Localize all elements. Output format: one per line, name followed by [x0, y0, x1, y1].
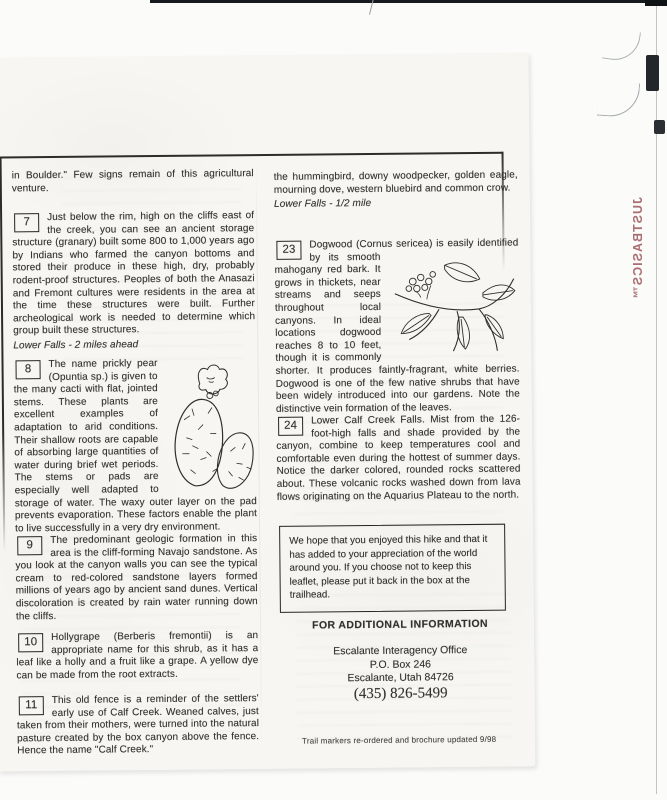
right-column: the hummingbird, downy woodpecker, golde… [274, 163, 518, 165]
contact-city-state-zip: Escalante, Utah 84726 [279, 671, 523, 687]
stop-text: The predominant geologic formation in th… [15, 533, 257, 622]
trail-stop-8: 8 The name prickly pear (Opuntia sp.) is… [13, 357, 257, 536]
stop-distance-note: Lower Falls - 2 miles ahead [13, 337, 255, 352]
bird-list-paragraph: the hummingbird, downy woodpecker, golde… [274, 170, 518, 212]
binding-curl-mark [602, 28, 641, 64]
additional-info-heading: FOR ADDITIONAL INFORMATION [278, 618, 522, 632]
stop-text: Lower Calf Creek Falls. Mist from the 12… [276, 414, 520, 503]
prickly-pear-cactus-illustration [163, 359, 256, 492]
intro-paragraph: in Boulder." Few signs remain of this ag… [12, 168, 254, 196]
binding-curl-mark [597, 81, 640, 119]
stop-number-box: 11 [19, 696, 44, 715]
trail-stop-11: 11 This old fence is a reminder of the s… [17, 693, 260, 758]
trail-stop-24: 24 Lower Calf Creek Falls. Mist from the… [276, 414, 521, 504]
stop-number-box: 9 [17, 536, 42, 555]
stop-number-box: 10 [18, 633, 43, 652]
scanned-brochure-page: { "colors": { "ink": "#32322e", "brand_m… [0, 0, 667, 800]
trail-stop-7: 7 Just below the rim, high on the cliffs… [12, 210, 255, 352]
farewell-note-box: We hope that you enjoyed this hike and t… [279, 524, 506, 613]
dogwood-branch-illustration [386, 252, 519, 353]
stop-number-box: 8 [15, 360, 40, 379]
brand-vertical-text: JUSTBASICS™ [631, 197, 647, 283]
stop-text: This old fence is a reminder of the sett… [17, 693, 259, 757]
distance-note: Lower Falls - 1/2 mile [274, 196, 518, 211]
panel-border-left [0, 156, 5, 552]
additional-info-section: FOR ADDITIONAL INFORMATION Escalante Int… [278, 618, 523, 702]
contact-phone: (435) 826-5499 [279, 686, 523, 702]
paragraph-text: the hummingbird, downy woodpecker, golde… [274, 170, 518, 196]
trail-stop-10: 10 Hollygrape (Berberis fremontii) is an… [16, 630, 258, 683]
panel-border-top [0, 152, 503, 159]
stop-number-box: 24 [278, 417, 303, 436]
left-column: in Boulder." Few signs remain of this ag… [12, 165, 254, 167]
stop-number-box: 7 [14, 213, 39, 232]
stop-text: Hollygrape (Berberis fremontii) is an ap… [16, 630, 258, 681]
trail-stop-9: 9 The predominant geologic formation in … [15, 533, 258, 623]
stop-text-lead: Dogwood (Cornus sericea) is easily [309, 238, 473, 251]
binder-tab [646, 55, 659, 91]
footer-update-note: Trail markers re-ordered and brochure up… [289, 735, 509, 746]
stop-number-box: 23 [276, 241, 301, 260]
trail-stop-23: 23 Dogwood (Cornus sericea) is easily id… [274, 238, 520, 417]
stop-text: Just below the rim, high on the cliffs e… [12, 210, 255, 337]
scanner-edge-bar [150, 0, 667, 3]
binder-tab [654, 120, 665, 134]
brochure-paper: in Boulder." Few signs remain of this ag… [0, 52, 535, 771]
